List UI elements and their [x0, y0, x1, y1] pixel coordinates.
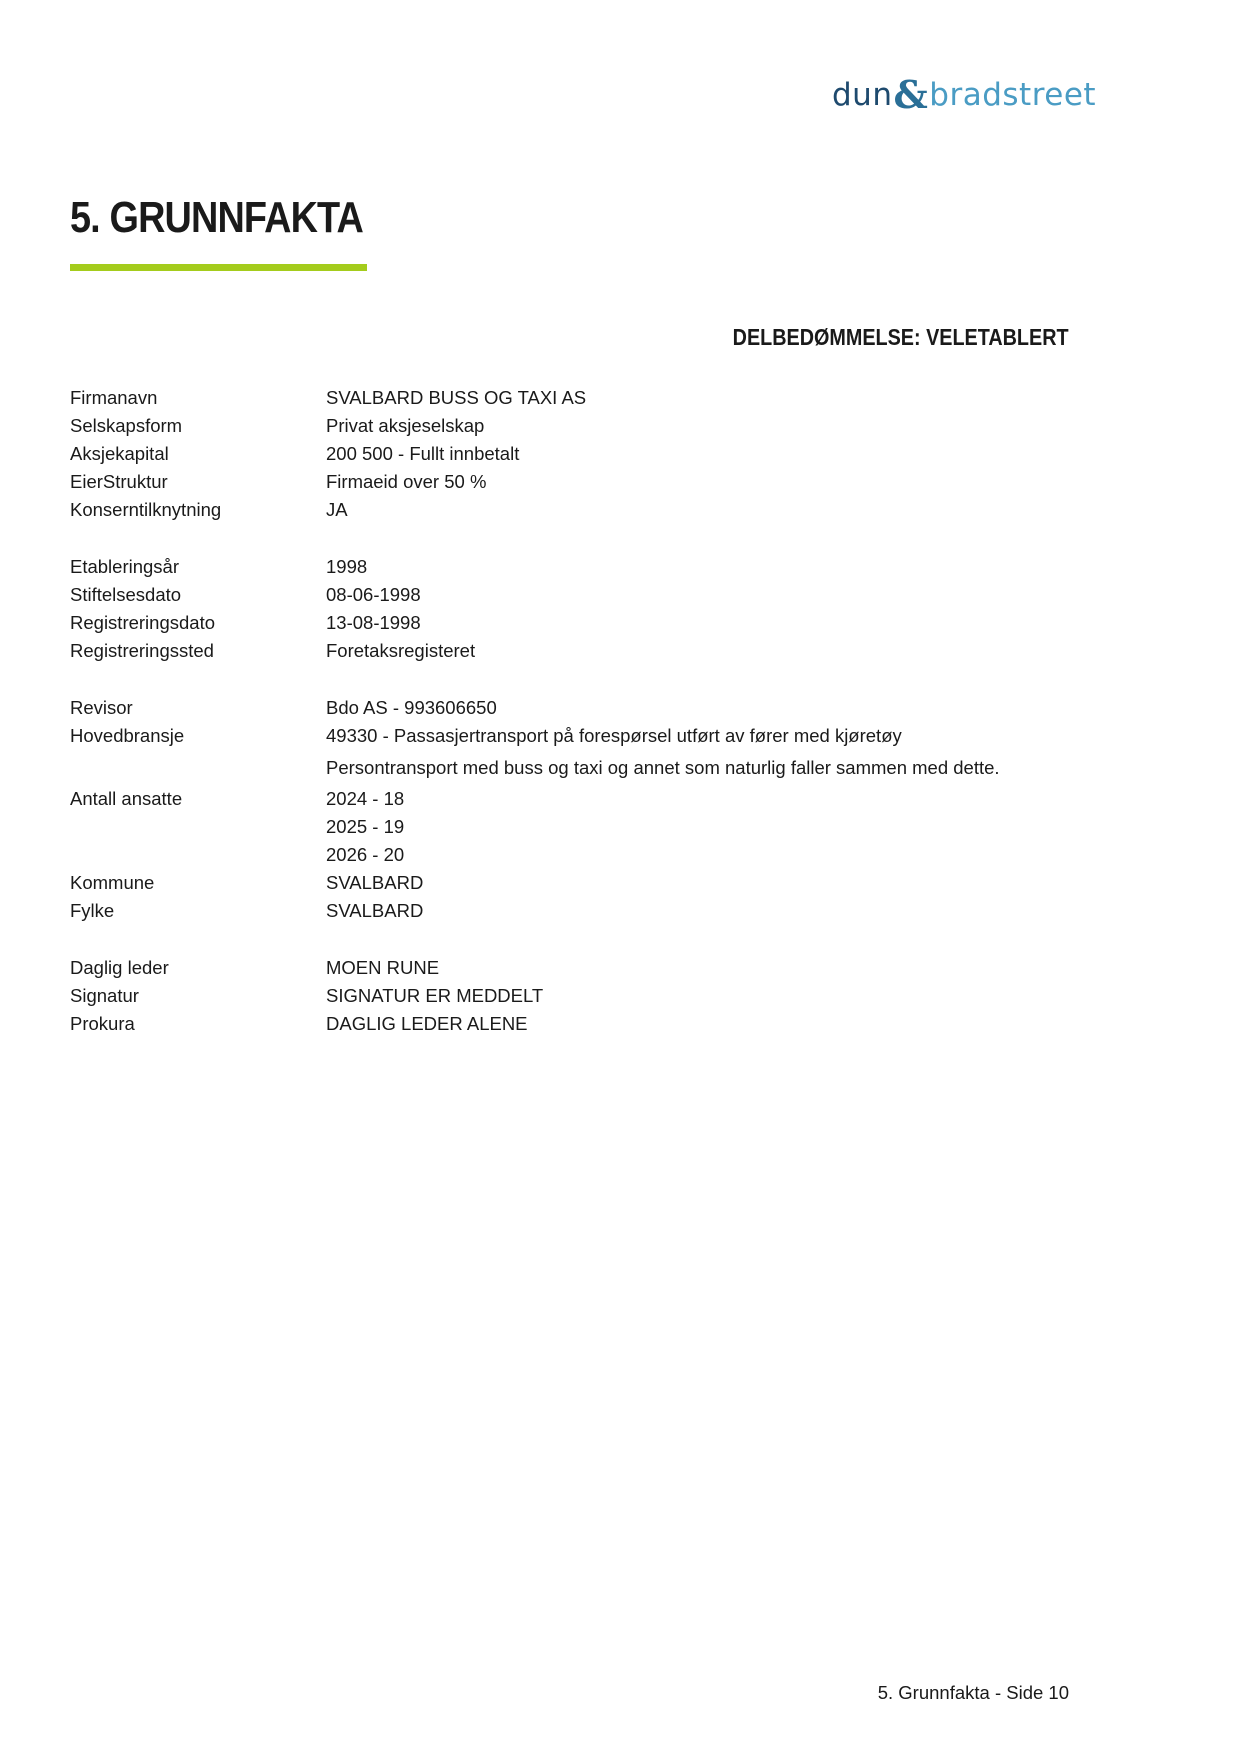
fact-label: Aksjekapital: [70, 440, 326, 468]
fact-label: Registreringssted: [70, 637, 326, 665]
fact-value: SIGNATUR ER MEDDELT: [326, 982, 543, 1010]
fact-value: MOEN RUNE: [326, 954, 439, 982]
fact-value: 08-06-1998: [326, 581, 421, 609]
fact-row-stiftelsesdato: Stiftelsesdato 08-06-1998: [70, 581, 1070, 609]
fact-value: Firmaeid over 50 %: [326, 468, 486, 496]
fact-label: Registreringsdato: [70, 609, 326, 637]
page-title: 5. GRUNNFAKTA: [70, 196, 363, 240]
fact-label: Firmanavn: [70, 384, 326, 412]
fact-value: JA: [326, 496, 348, 524]
fact-row-aksjekapital: Aksjekapital 200 500 - Fullt innbetalt: [70, 440, 1070, 468]
rating-subtitle: DELBEDØMMELSE: VELETABLERT: [733, 326, 1069, 349]
fact-row-konserntilknytning: Konserntilknytning JA: [70, 496, 1070, 524]
fact-label: Selskapsform: [70, 412, 326, 440]
fact-value: 2025 - 19: [326, 813, 404, 841]
fact-label: Revisor: [70, 694, 326, 722]
fact-value: 200 500 - Fullt innbetalt: [326, 440, 519, 468]
fact-row-hovedbransje-description: Persontransport med buss og taxi og anne…: [70, 750, 1070, 785]
fact-value: DAGLIG LEDER ALENE: [326, 1010, 528, 1038]
fact-value: 13-08-1998: [326, 609, 421, 637]
fact-value: 49330 - Passasjertransport på forespørse…: [326, 722, 902, 750]
fact-row-selskapsform: Selskapsform Privat aksjeselskap: [70, 412, 1070, 440]
fact-label-empty: [70, 841, 326, 869]
fact-value: SVALBARD: [326, 869, 423, 897]
title-underline-bar: [70, 264, 367, 271]
fact-label: EierStruktur: [70, 468, 326, 496]
fact-value: 2026 - 20: [326, 841, 404, 869]
fact-label: Prokura: [70, 1010, 326, 1038]
fact-row-registreringssted: Registreringssted Foretaksregisteret: [70, 637, 1070, 665]
fact-row-daglig-leder: Daglig leder MOEN RUNE: [70, 954, 1070, 982]
fact-row-etableringsar: Etableringsår 1998: [70, 553, 1070, 581]
fact-label: Fylke: [70, 897, 326, 925]
basic-facts-table: Firmanavn SVALBARD BUSS OG TAXI AS Selsk…: [70, 384, 1070, 1038]
fact-label: Signatur: [70, 982, 326, 1010]
fact-row-prokura: Prokura DAGLIG LEDER ALENE: [70, 1010, 1070, 1038]
page-footer: 5. Grunnfakta - Side 10: [878, 1682, 1069, 1704]
fact-value: SVALBARD BUSS OG TAXI AS: [326, 384, 586, 412]
fact-row-eierstruktur: EierStruktur Firmaeid over 50 %: [70, 468, 1070, 496]
fact-row-signatur: Signatur SIGNATUR ER MEDDELT: [70, 982, 1070, 1010]
logo-bradstreet: bradstreet: [929, 77, 1096, 113]
fact-label: Hovedbransje: [70, 722, 326, 750]
logo-ampersand: &: [893, 72, 928, 117]
fact-row-registreringsdato: Registreringsdato 13-08-1998: [70, 609, 1070, 637]
fact-label: Etableringsår: [70, 553, 326, 581]
group-spacer: [70, 665, 1070, 694]
fact-value: 1998: [326, 553, 367, 581]
fact-row-kommune: Kommune SVALBARD: [70, 869, 1070, 897]
fact-label: Kommune: [70, 869, 326, 897]
fact-value: SVALBARD: [326, 897, 423, 925]
fact-row-hovedbransje: Hovedbransje 49330 - Passasjertransport …: [70, 722, 1070, 750]
fact-row-revisor: Revisor Bdo AS - 993606650: [70, 694, 1070, 722]
dun-bradstreet-logo: dun&bradstreet: [832, 76, 1096, 114]
fact-value: Foretaksregisteret: [326, 637, 475, 665]
group-spacer: [70, 925, 1070, 954]
fact-label-empty: [70, 813, 326, 841]
fact-row-fylke: Fylke SVALBARD: [70, 897, 1070, 925]
fact-label-empty: [70, 750, 326, 785]
fact-row-firmanavn: Firmanavn SVALBARD BUSS OG TAXI AS: [70, 384, 1070, 412]
fact-value: Persontransport med buss og taxi og anne…: [326, 750, 1000, 785]
fact-row-antall-ansatte-2: 2025 - 19: [70, 813, 1070, 841]
fact-label: Daglig leder: [70, 954, 326, 982]
fact-label: Antall ansatte: [70, 785, 326, 813]
fact-label: Stiftelsesdato: [70, 581, 326, 609]
fact-row-antall-ansatte-3: 2026 - 20: [70, 841, 1070, 869]
group-spacer: [70, 524, 1070, 553]
fact-value: Bdo AS - 993606650: [326, 694, 497, 722]
logo-dun: dun: [832, 77, 892, 113]
fact-value: Privat aksjeselskap: [326, 412, 484, 440]
fact-label: Konserntilknytning: [70, 496, 326, 524]
fact-row-antall-ansatte: Antall ansatte 2024 - 18: [70, 785, 1070, 813]
fact-value: 2024 - 18: [326, 785, 404, 813]
